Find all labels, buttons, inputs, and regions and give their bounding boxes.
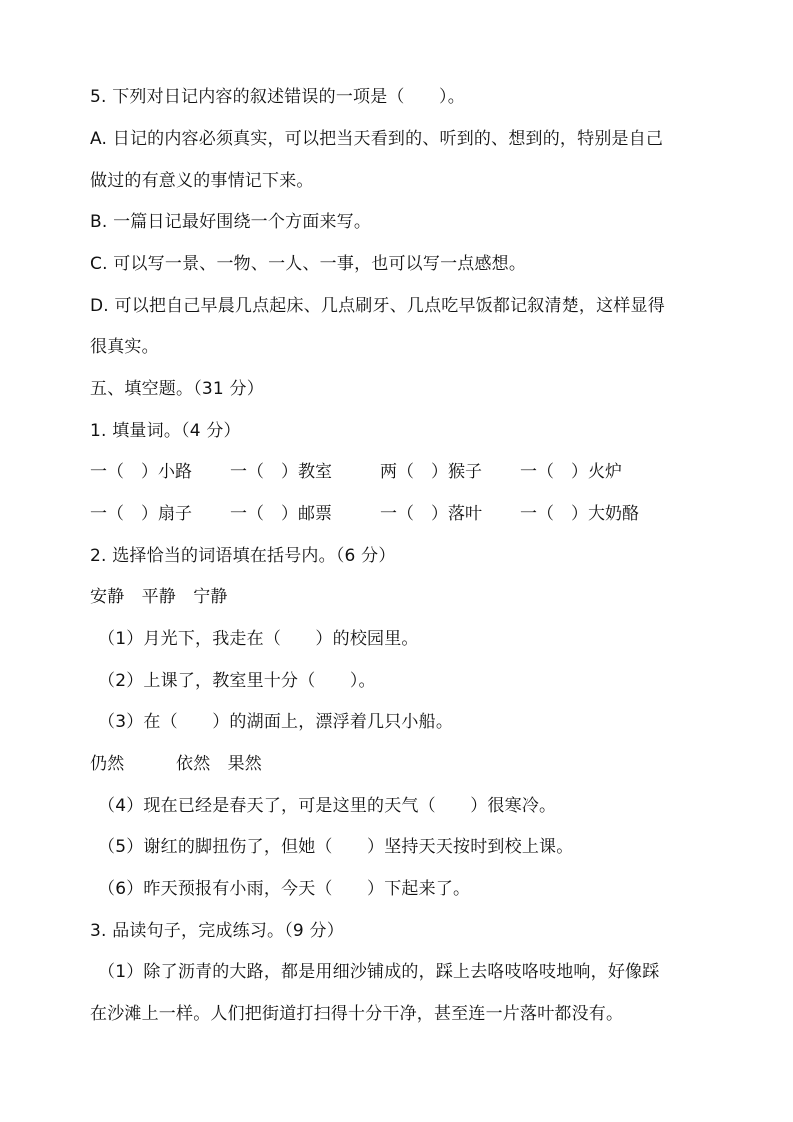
blank-prefix: 一（: [520, 462, 554, 482]
measure-word-blank[interactable]: 一（ ）小路: [90, 461, 192, 483]
section-5-title: 五、填空题。（31 分）: [90, 378, 264, 400]
blank-prefix: 一（: [90, 504, 124, 524]
q2-word-bank-2: 仍然 依然 果然: [90, 753, 262, 775]
option-b: B. 一篇日记最好围绕一个方面来写。: [90, 211, 371, 233]
blank-suffix: ）小路: [141, 462, 192, 482]
q2-item-5[interactable]: （5）谢红的脚扭伤了，但她（ ）坚持天天按时到校上课。: [98, 836, 573, 858]
q3-title: 3. 品读句子，完成练习。（9 分）: [90, 920, 344, 942]
measure-word-blank[interactable]: 两（ ）猴子: [380, 461, 482, 483]
blank-suffix: ）邮票: [281, 504, 332, 524]
blank-suffix: ）火炉: [571, 462, 622, 482]
blank-suffix: ）教室: [281, 462, 332, 482]
option-c: C. 可以写一景、一物、一人、一事，也可以写一点感想。: [90, 253, 526, 275]
option-a-line2: 做过的有意义的事情记下来。: [90, 170, 314, 192]
blank-prefix: 一（: [230, 462, 264, 482]
q2-item-1[interactable]: （1）月光下，我走在（ ）的校园里。: [98, 628, 419, 650]
blank-suffix: ）落叶: [431, 504, 482, 524]
q3-passage-line2: 在沙滩上一样。人们把街道打扫得十分干净，甚至连一片落叶都没有。: [90, 1003, 623, 1025]
blank-prefix: 一（: [90, 462, 124, 482]
measure-word-blank[interactable]: 一（ ）落叶: [380, 503, 482, 525]
measure-word-blank[interactable]: 一（ ）邮票: [230, 503, 332, 525]
q2-item-3[interactable]: （3）在（ ）的湖面上，漂浮着几只小船。: [98, 711, 453, 733]
q2-item-6[interactable]: （6）昨天预报有小雨，今天（ ）下起来了。: [98, 878, 470, 900]
blank-prefix: 一（: [230, 504, 264, 524]
blank-prefix: 一（: [520, 504, 554, 524]
blank-suffix: ）大奶酪: [571, 504, 639, 524]
measure-word-blank[interactable]: 一（ ）扇子: [90, 503, 192, 525]
blank-prefix: 一（: [380, 504, 414, 524]
exam-page: 5. 下列对日记内容的叙述错误的一项是（ ）。 A. 日记的内容必须真实，可以把…: [0, 0, 793, 1122]
blank-prefix: 两（: [380, 462, 414, 482]
option-a-line1: A. 日记的内容必须真实，可以把当天看到的、听到的、想到的，特别是自己: [90, 128, 663, 150]
q2-item-2[interactable]: （2）上课了，教室里十分（ ）。: [98, 670, 376, 692]
measure-word-blank[interactable]: 一（ ）教室: [230, 461, 332, 483]
blank-suffix: ）猴子: [431, 462, 482, 482]
measure-word-blank[interactable]: 一（ ）大奶酪: [520, 503, 639, 525]
q3-passage-line1: （1）除了沥青的大路，都是用细沙铺成的，踩上去咯吱咯吱地响，好像踩: [98, 961, 659, 983]
q2-title: 2. 选择恰当的词语填在括号内。（6 分）: [90, 545, 396, 567]
option-d-line1: D. 可以把自己早晨几点起床、几点刷牙、几点吃早饭都记叙清楚，这样显得: [90, 295, 665, 317]
blank-suffix: ）扇子: [141, 504, 192, 524]
q2-word-bank-1: 安静 平静 宁静: [90, 586, 228, 608]
q1-title: 1. 填量词。（4 分）: [90, 420, 241, 442]
measure-word-blank[interactable]: 一（ ）火炉: [520, 461, 622, 483]
question-5-stem: 5. 下列对日记内容的叙述错误的一项是（ ）。: [90, 86, 465, 108]
q2-item-4[interactable]: （4）现在已经是春天了，可是这里的天气（ ）很寒冷。: [98, 795, 556, 817]
option-d-line2: 很真实。: [90, 336, 159, 358]
